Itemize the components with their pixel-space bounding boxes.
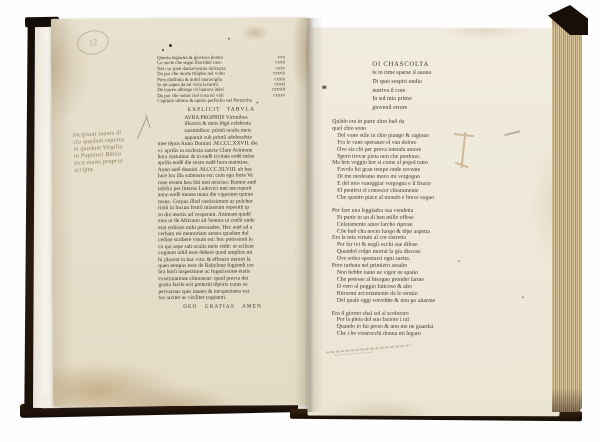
ink-speck [522, 296, 524, 298]
opening-line: Di quei sospiri ondio [372, 78, 492, 87]
laura-note-line: tus acriter ac viriliter cogitanti. [159, 294, 287, 301]
ink-speck [458, 260, 460, 262]
sonnet-3: Era il giorno chal sol si scoloraroPer l… [332, 310, 492, 338]
deo-gratias-colophon: DEO GRATIAS AMEN [159, 304, 287, 311]
ink-speck [162, 49, 164, 51]
marginalia-note: Incipiunt ioanis dicta quędam repertain … [73, 128, 171, 175]
left-text-column: Questa legiadra & gloriosa donna cxx La … [157, 55, 287, 310]
tavola-entry-folio: cxxxv [270, 93, 285, 98]
verse-line: Del quale oggi vorrebbe & non po aitarme [332, 297, 492, 304]
fore-edge-page-stack [552, 12, 582, 412]
verse-line: Ove sia chi per prova intenda amore [332, 146, 492, 153]
laura-note-opening: AVRA PROPRIIS Virtutibusillustris & meis… [157, 114, 285, 141]
ink-speck [228, 38, 230, 40]
antique-book: 12 Incipiunt ioanis dicta quędam reperta… [0, 0, 600, 442]
left-page: 12 Incipiunt ioanis dicta quędam reperta… [51, 17, 311, 407]
canzoniere-head-block: OI CHASCOLTA te in rime sparse il suonoD… [332, 60, 492, 113]
folio-number-text: 12 [88, 37, 99, 48]
verse-line: Che quanto piace al mondo e breve sogno [332, 195, 492, 202]
pen-stroke [145, 114, 150, 128]
pencil-margin-mark [504, 130, 520, 135]
tavola: Questa legiadra & gloriosa donna cxx La … [157, 55, 285, 99]
photo-background: { "colors": { "background": "#fefefe", "… [0, 0, 600, 442]
right-text-column: OI CHASCOLTA te in rime sparse il suonoD… [332, 60, 493, 339]
opening-line: nutriva il core [372, 86, 492, 95]
verse-line: Fra le vane speranze el van dolore [332, 139, 492, 146]
canzoniere-heading: OI CHASCOLTA [372, 60, 492, 69]
opening-line: In sul mio primo [372, 95, 492, 104]
sonnet-2: Per fare una leggiadra sua vendettaEt pu… [332, 208, 492, 305]
pencil-inscription [325, 340, 414, 357]
tavola-tail-line: Capitulo ultimo & operis perfectio nel P… [157, 99, 285, 105]
right-page: OI CHASCOLTA te in rime sparse il suonoD… [307, 28, 560, 417]
canzoniere-opening-lines: te in rime sparse il suonoDi quei sospir… [372, 69, 492, 113]
pencil-stroke [334, 351, 374, 355]
ink-speck [169, 44, 172, 47]
opening-line: giovenil errore [372, 104, 492, 113]
verse-line: Ritrarmi accortamente da lo stratio [332, 290, 492, 297]
paragraph-mark [322, 86, 326, 89]
explicit-tabula-heading: EXPLICIT TABVLA [157, 105, 285, 114]
verse-line: Che i be vostrocchi donna mi legaro [332, 331, 492, 338]
verse-line: Del vano stile in chio piango & ragiono [332, 133, 492, 140]
verse-line: Celatamente amor larcho riprese [332, 221, 492, 228]
pencil-folio-number: 12 [75, 28, 111, 57]
opening-line: te in rime sparse il suono [372, 69, 492, 78]
sonnet-1: Quãdo era in parte altro huõ daquel chio… [332, 119, 492, 202]
laura-note-body: mee tẽpus Anno Domini .M.CCC.XXVII. diev… [158, 141, 287, 302]
verse-line: Et punir in un di ben mille offese [332, 214, 492, 221]
